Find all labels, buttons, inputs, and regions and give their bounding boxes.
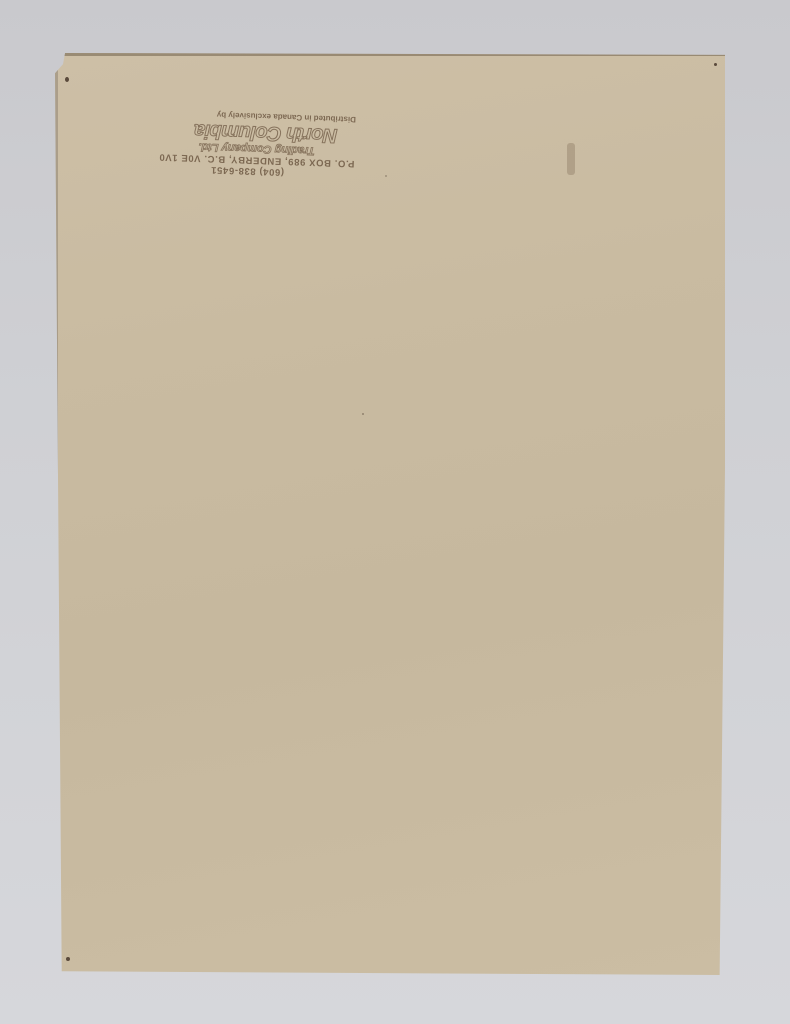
corner-spot-top-left: [65, 77, 69, 82]
cardboard-card: (604) 838-6451 P.O. BOX 989, ENDERBY, B.…: [55, 53, 725, 975]
corner-spot-bottom-left: [66, 957, 70, 961]
distributor-stamp: (604) 838-6451 P.O. BOX 989, ENDERBY, B.…: [124, 107, 356, 180]
corner-spot-top-right: [714, 63, 717, 66]
stain-mark: [567, 143, 575, 175]
speck: [385, 175, 387, 177]
speck: [362, 413, 364, 415]
